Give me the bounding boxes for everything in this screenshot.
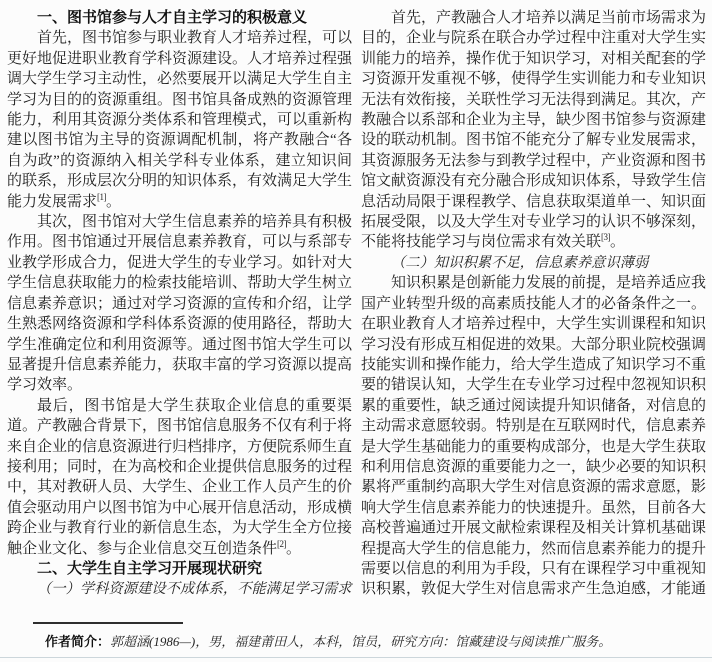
paragraph-text: 。: [286, 541, 301, 557]
subsection-heading-1: （一）学科资源建设不成体系，不能满足学习需求: [7, 579, 352, 599]
paragraph-text: 首先，图书馆参与职业教育人才培养过程，可以更好地促进职业教育学科资源建设。人才培…: [7, 30, 352, 209]
paragraph-text: 。: [106, 194, 121, 210]
paragraph: 首先，产教融合人才培养以满足当前市场需求为目的，企业与院系在联合办学过程中注重对…: [361, 8, 706, 253]
footnote-label: 作者简介：: [45, 634, 110, 649]
paragraph-text: 。: [610, 234, 625, 250]
footnote-text: 郭超涵(1986—)，男，福建莆田人，本科，馆员，研究方向：馆藏建设与阅读推广服…: [110, 634, 611, 649]
author-footnote: 作者简介：郭超涵(1986—)，男，福建莆田人，本科，馆员，研究方向：馆藏建设与…: [45, 633, 685, 651]
citation-ref-3: [3]: [601, 232, 610, 242]
paragraph-text: 首先，产教融合人才培养以满足当前市场需求为目的，企业与院系在联合办学过程中注重对…: [361, 10, 706, 250]
paragraph-text: 最后，图书馆是大学生获取企业信息的重要渠道。产教融合背景下，图书馆信息服务不仅有…: [7, 398, 352, 557]
paragraph: 最后，图书馆是大学生获取企业信息的重要渠道。产教融合背景下，图书馆信息服务不仅有…: [7, 396, 352, 559]
citation-ref-2: [2]: [277, 539, 286, 549]
footnote-divider: [33, 622, 183, 624]
paragraph: 其次，图书馆对大学生信息素养的培养具有积极作用。图书馆通过开展信息素养教育，可以…: [7, 212, 352, 396]
section-heading-2: 二、大学生自主学习开展现状研究: [7, 559, 352, 579]
paragraph: 首先，图书馆参与职业教育人才培养过程，可以更好地促进职业教育学科资源建设。人才培…: [7, 28, 352, 212]
article-text-columns: 一、图书馆参与人才自主学习的积极意义 首先，图书馆参与职业教育人才培养过程，可以…: [0, 0, 712, 620]
subsection-heading-2: （二）知识积累不足，信息素养意识薄弱: [361, 253, 706, 273]
citation-ref-1: [1]: [97, 192, 106, 202]
section-heading-1: 一、图书馆参与人才自主学习的积极意义: [7, 8, 352, 28]
paper-page: 一、图书馆参与人才自主学习的积极意义 首先，图书馆参与职业教育人才培养过程，可以…: [0, 0, 712, 620]
page-bottom-edge: [0, 657, 712, 658]
